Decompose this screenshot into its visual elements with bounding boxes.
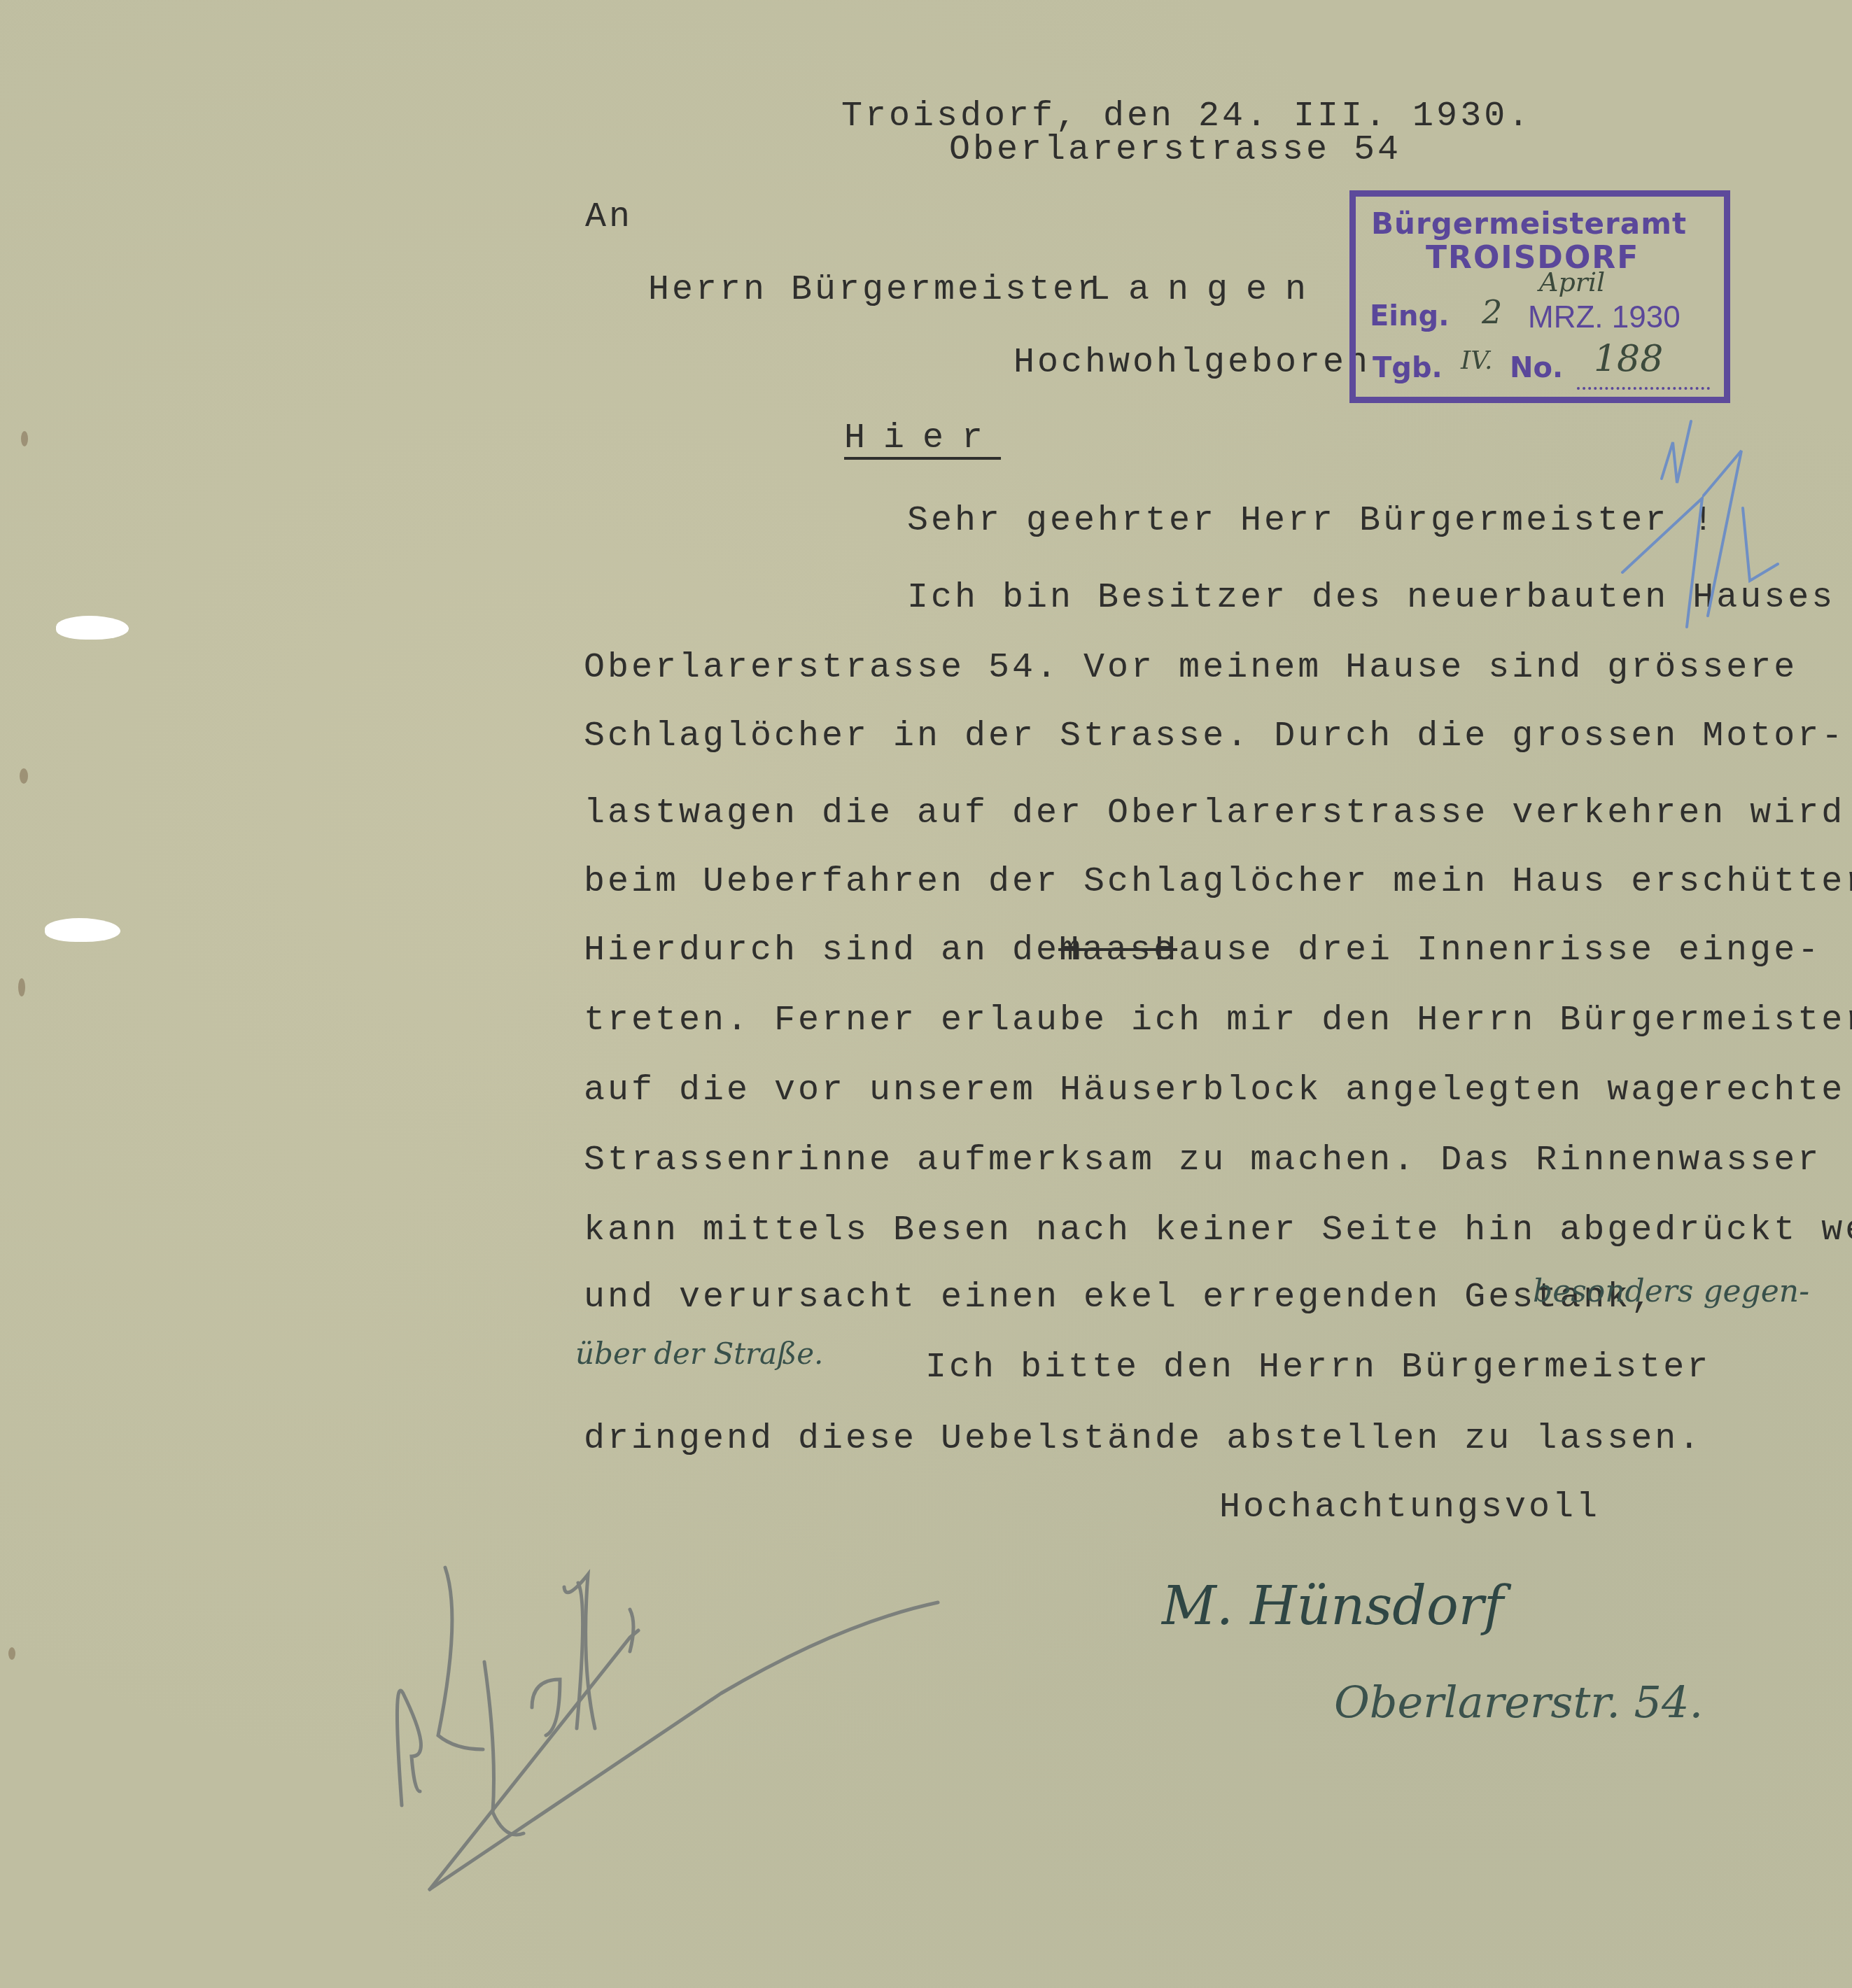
- blue-pencil-mark-icon: [1622, 421, 1778, 627]
- pencil-note-icon: [397, 1567, 938, 1889]
- pencil-annotations: [0, 0, 1852, 1988]
